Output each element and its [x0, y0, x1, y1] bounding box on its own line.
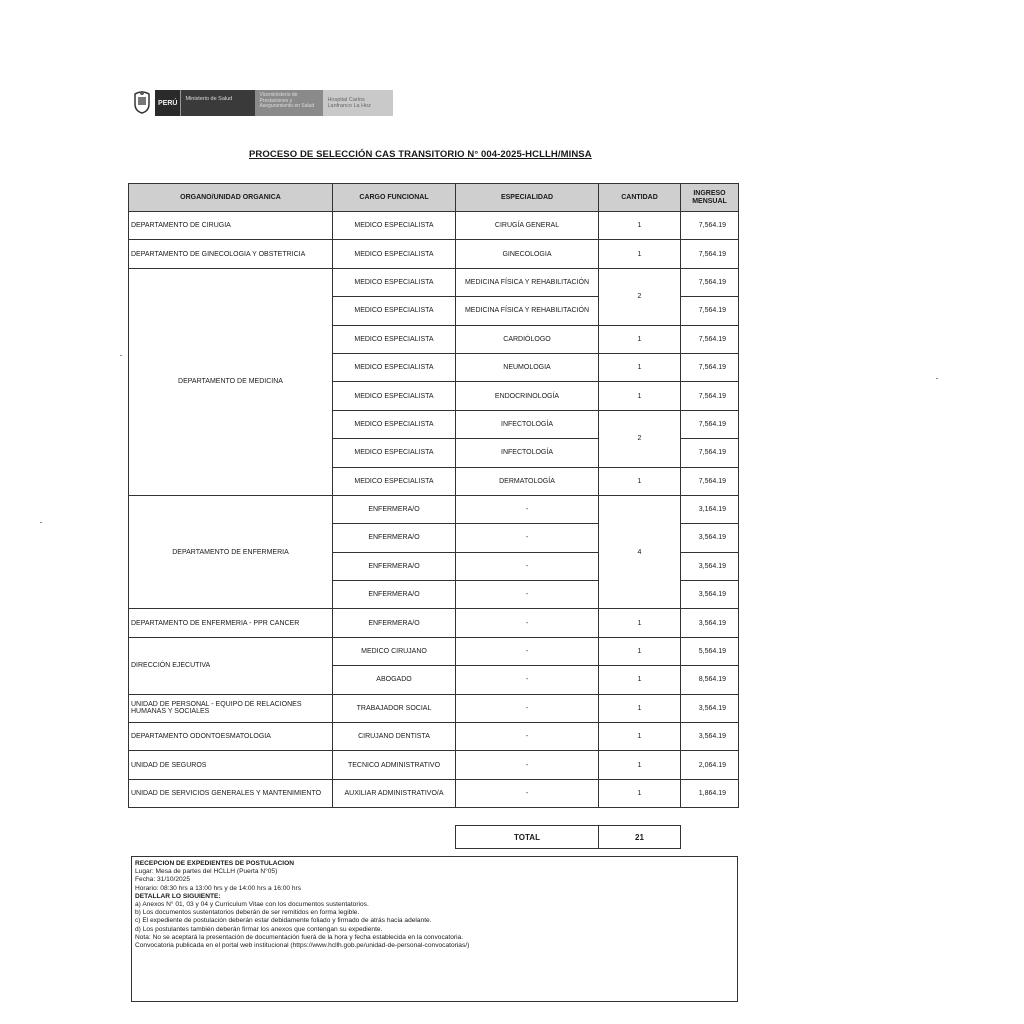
- detail-heading: DETALLAR LO SIGUIENTE:: [135, 893, 734, 901]
- scan-mark: [936, 378, 938, 379]
- table-row: UNIDAD DE SEGUROSTECNICO ADMINISTRATIVO-…: [129, 751, 739, 779]
- ingreso-cell: 3,564.19: [681, 524, 739, 552]
- unidad-cell: DEPARTAMENTO DE GINECOLOGIA Y OBSTETRICI…: [129, 240, 333, 268]
- cantidad-cell: 2: [599, 268, 681, 325]
- column-header: ESPECIALIDAD: [456, 184, 599, 212]
- cantidad-cell: 1: [599, 325, 681, 353]
- cargo-cell: MEDICO ESPECIALISTA: [333, 325, 456, 353]
- positions-table: ORGANO/UNIDAD ORGANICA CARGO FUNCIONAL E…: [128, 183, 739, 808]
- requirement-item: c) El expediente de postulación deberán …: [135, 917, 734, 925]
- cargo-cell: MEDICO ESPECIALISTA: [333, 297, 456, 325]
- especialidad-cell: -: [456, 779, 599, 807]
- ingreso-cell: 7,564.19: [681, 353, 739, 381]
- cargo-cell: TECNICO ADMINISTRATIVO: [333, 751, 456, 779]
- ingreso-cell: 7,564.19: [681, 325, 739, 353]
- cargo-cell: ENFERMERA/O: [333, 524, 456, 552]
- especialidad-cell: GINECOLOGIA: [456, 240, 599, 268]
- cantidad-cell: 1: [599, 353, 681, 381]
- cantidad-cell: 1: [599, 751, 681, 779]
- reception-heading: RECEPCION DE EXPEDIENTES DE POSTULACION: [135, 860, 734, 868]
- scan-mark: [40, 522, 42, 523]
- requirement-item: a) Anexos N° 01, 03 y 04 y Curriculum Vi…: [135, 901, 734, 909]
- reception-info-box: RECEPCION DE EXPEDIENTES DE POSTULACION …: [131, 856, 738, 1002]
- ingreso-cell: 2,064.19: [681, 751, 739, 779]
- scan-mark: [120, 355, 122, 356]
- cantidad-cell: 1: [599, 779, 681, 807]
- cantidad-cell: 1: [599, 723, 681, 751]
- total-label: TOTAL: [456, 826, 599, 849]
- table-row: DEPARTAMENTO DE MEDICINAMEDICO ESPECIALI…: [129, 268, 739, 296]
- cargo-cell: MEDICO ESPECIALISTA: [333, 439, 456, 467]
- unidad-cell: DEPARTAMENTO DE CIRUGIA: [129, 212, 333, 240]
- institution-logo: PERÚ Ministerio de Salud Viceministerio …: [133, 90, 393, 116]
- especialidad-cell: INFECTOLOGÍA: [456, 439, 599, 467]
- ingreso-cell: 7,564.19: [681, 268, 739, 296]
- especialidad-cell: CIRUGÍA GENERAL: [456, 212, 599, 240]
- ingreso-cell: 7,564.19: [681, 212, 739, 240]
- table-row: DEPARTAMENTO DE GINECOLOGIA Y OBSTETRICI…: [129, 240, 739, 268]
- requirement-item: b) Los documentos sustentatorios deberán…: [135, 909, 734, 917]
- logo-hospital: Hospital Carlos Lanfranco La Hoz: [323, 90, 393, 116]
- unidad-cell: UNIDAD DE SERVICIOS GENERALES Y MANTENIM…: [129, 779, 333, 807]
- especialidad-cell: -: [456, 694, 599, 722]
- ingreso-cell: 7,564.19: [681, 240, 739, 268]
- reception-note: Nota: No se aceptará la presentación de …: [135, 934, 734, 942]
- especialidad-cell: CARDIÓLOGO: [456, 325, 599, 353]
- especialidad-cell: -: [456, 552, 599, 580]
- ingreso-cell: 3,164.19: [681, 495, 739, 523]
- cargo-cell: TRABAJADOR SOCIAL: [333, 694, 456, 722]
- especialidad-cell: -: [456, 524, 599, 552]
- cargo-cell: MEDICO ESPECIALISTA: [333, 410, 456, 438]
- cantidad-cell: 2: [599, 410, 681, 467]
- ingreso-cell: 3,564.19: [681, 552, 739, 580]
- ingreso-cell: 8,564.19: [681, 666, 739, 694]
- especialidad-cell: -: [456, 609, 599, 637]
- column-header: INGRESO MENSUAL: [681, 184, 739, 212]
- cargo-cell: CIRUJANO DENTISTA: [333, 723, 456, 751]
- ingreso-cell: 7,564.19: [681, 297, 739, 325]
- especialidad-cell: -: [456, 581, 599, 609]
- cargo-cell: AUXILIAR ADMINISTRATIVO/A: [333, 779, 456, 807]
- page-title: PROCESO DE SELECCIÓN CAS TRANSITORIO N° …: [249, 149, 592, 160]
- cantidad-cell: 1: [599, 382, 681, 410]
- reception-lugar: Lugar: Mesa de partes del HCLLH (Puerta …: [135, 868, 734, 876]
- ingreso-cell: 7,564.19: [681, 439, 739, 467]
- cantidad-cell: 1: [599, 467, 681, 495]
- logo-country: PERÚ: [155, 90, 181, 116]
- unidad-cell: UNIDAD DE PERSONAL - EQUIPO DE RELACIONE…: [129, 694, 333, 722]
- table-row: DEPARTAMENTO ODONTOESMATOLOGIACIRUJANO D…: [129, 723, 739, 751]
- especialidad-cell: -: [456, 495, 599, 523]
- table-row: UNIDAD DE SERVICIOS GENERALES Y MANTENIM…: [129, 779, 739, 807]
- reception-portal: Convocatoria publicada en el portal web …: [135, 942, 734, 950]
- logo-ministry: Ministerio de Salud: [181, 90, 255, 116]
- table-row: UNIDAD DE PERSONAL - EQUIPO DE RELACIONE…: [129, 694, 739, 722]
- unidad-cell: DEPARTAMENTO ODONTOESMATOLOGIA: [129, 723, 333, 751]
- cargo-cell: MEDICO ESPECIALISTA: [333, 353, 456, 381]
- cargo-cell: ENFERMERA/O: [333, 609, 456, 637]
- cantidad-cell: 1: [599, 666, 681, 694]
- ingreso-cell: 3,564.19: [681, 581, 739, 609]
- total-value: 21: [599, 826, 681, 849]
- reception-horario: Horario: 08:30 hrs a 13:00 hrs y de 14:0…: [135, 885, 734, 893]
- cargo-cell: MEDICO ESPECIALISTA: [333, 240, 456, 268]
- table-row: DIRECCIÓN EJECUTIVAMEDICO CIRUJANO-15,56…: [129, 637, 739, 665]
- ingreso-cell: 7,564.19: [681, 467, 739, 495]
- column-header: CANTIDAD: [599, 184, 681, 212]
- especialidad-cell: -: [456, 723, 599, 751]
- cantidad-cell: 4: [599, 495, 681, 609]
- ingreso-cell: 3,564.19: [681, 609, 739, 637]
- total-table: TOTAL 21: [455, 825, 681, 849]
- especialidad-cell: MEDICINA FÍSICA Y REHABILITACIÓN: [456, 268, 599, 296]
- coat-of-arms-icon: [133, 90, 151, 114]
- cargo-cell: ABOGADO: [333, 666, 456, 694]
- reception-fecha: Fecha: 31/10/2025: [135, 876, 734, 884]
- table-row: DEPARTAMENTO DE ENFERMERIAENFERMERA/O-43…: [129, 495, 739, 523]
- cantidad-cell: 1: [599, 694, 681, 722]
- especialidad-cell: NEUMOLOGIA: [456, 353, 599, 381]
- especialidad-cell: DERMATOLOGÍA: [456, 467, 599, 495]
- cantidad-cell: 1: [599, 609, 681, 637]
- especialidad-cell: -: [456, 666, 599, 694]
- cargo-cell: MEDICO ESPECIALISTA: [333, 268, 456, 296]
- cargo-cell: MEDICO ESPECIALISTA: [333, 212, 456, 240]
- especialidad-cell: INFECTOLOGÍA: [456, 410, 599, 438]
- cargo-cell: MEDICO ESPECIALISTA: [333, 382, 456, 410]
- cantidad-cell: 1: [599, 212, 681, 240]
- unidad-cell: DEPARTAMENTO DE MEDICINA: [129, 268, 333, 495]
- especialidad-cell: -: [456, 637, 599, 665]
- column-header: CARGO FUNCIONAL: [333, 184, 456, 212]
- especialidad-cell: MEDICINA FÍSICA Y REHABILITACIÓN: [456, 297, 599, 325]
- cantidad-cell: 1: [599, 240, 681, 268]
- especialidad-cell: ENDOCRINOLOGÍA: [456, 382, 599, 410]
- ingreso-cell: 7,564.19: [681, 382, 739, 410]
- cargo-cell: ENFERMERA/O: [333, 581, 456, 609]
- ingreso-cell: 3,564.19: [681, 694, 739, 722]
- cantidad-cell: 1: [599, 637, 681, 665]
- logo-vice-ministry: Viceministerio de Prestaciones y Asegura…: [255, 90, 323, 116]
- column-header: ORGANO/UNIDAD ORGANICA: [129, 184, 333, 212]
- cargo-cell: ENFERMERA/O: [333, 495, 456, 523]
- unidad-cell: DEPARTAMENTO DE ENFERMERIA: [129, 495, 333, 609]
- table-header-row: ORGANO/UNIDAD ORGANICA CARGO FUNCIONAL E…: [129, 184, 739, 212]
- ingreso-cell: 3,564.19: [681, 723, 739, 751]
- unidad-cell: DEPARTAMENTO DE ENFERMERIA - PPR CANCER: [129, 609, 333, 637]
- especialidad-cell: -: [456, 751, 599, 779]
- ingreso-cell: 1,864.19: [681, 779, 739, 807]
- requirement-item: d) Los postulantes también deberán firma…: [135, 926, 734, 934]
- table-row: DEPARTAMENTO DE ENFERMERIA - PPR CANCERE…: [129, 609, 739, 637]
- ingreso-cell: 7,564.19: [681, 410, 739, 438]
- cargo-cell: MEDICO ESPECIALISTA: [333, 467, 456, 495]
- cargo-cell: ENFERMERA/O: [333, 552, 456, 580]
- unidad-cell: DIRECCIÓN EJECUTIVA: [129, 637, 333, 694]
- ingreso-cell: 5,564.19: [681, 637, 739, 665]
- cargo-cell: MEDICO CIRUJANO: [333, 637, 456, 665]
- unidad-cell: UNIDAD DE SEGUROS: [129, 751, 333, 779]
- table-row: DEPARTAMENTO DE CIRUGIAMEDICO ESPECIALIS…: [129, 212, 739, 240]
